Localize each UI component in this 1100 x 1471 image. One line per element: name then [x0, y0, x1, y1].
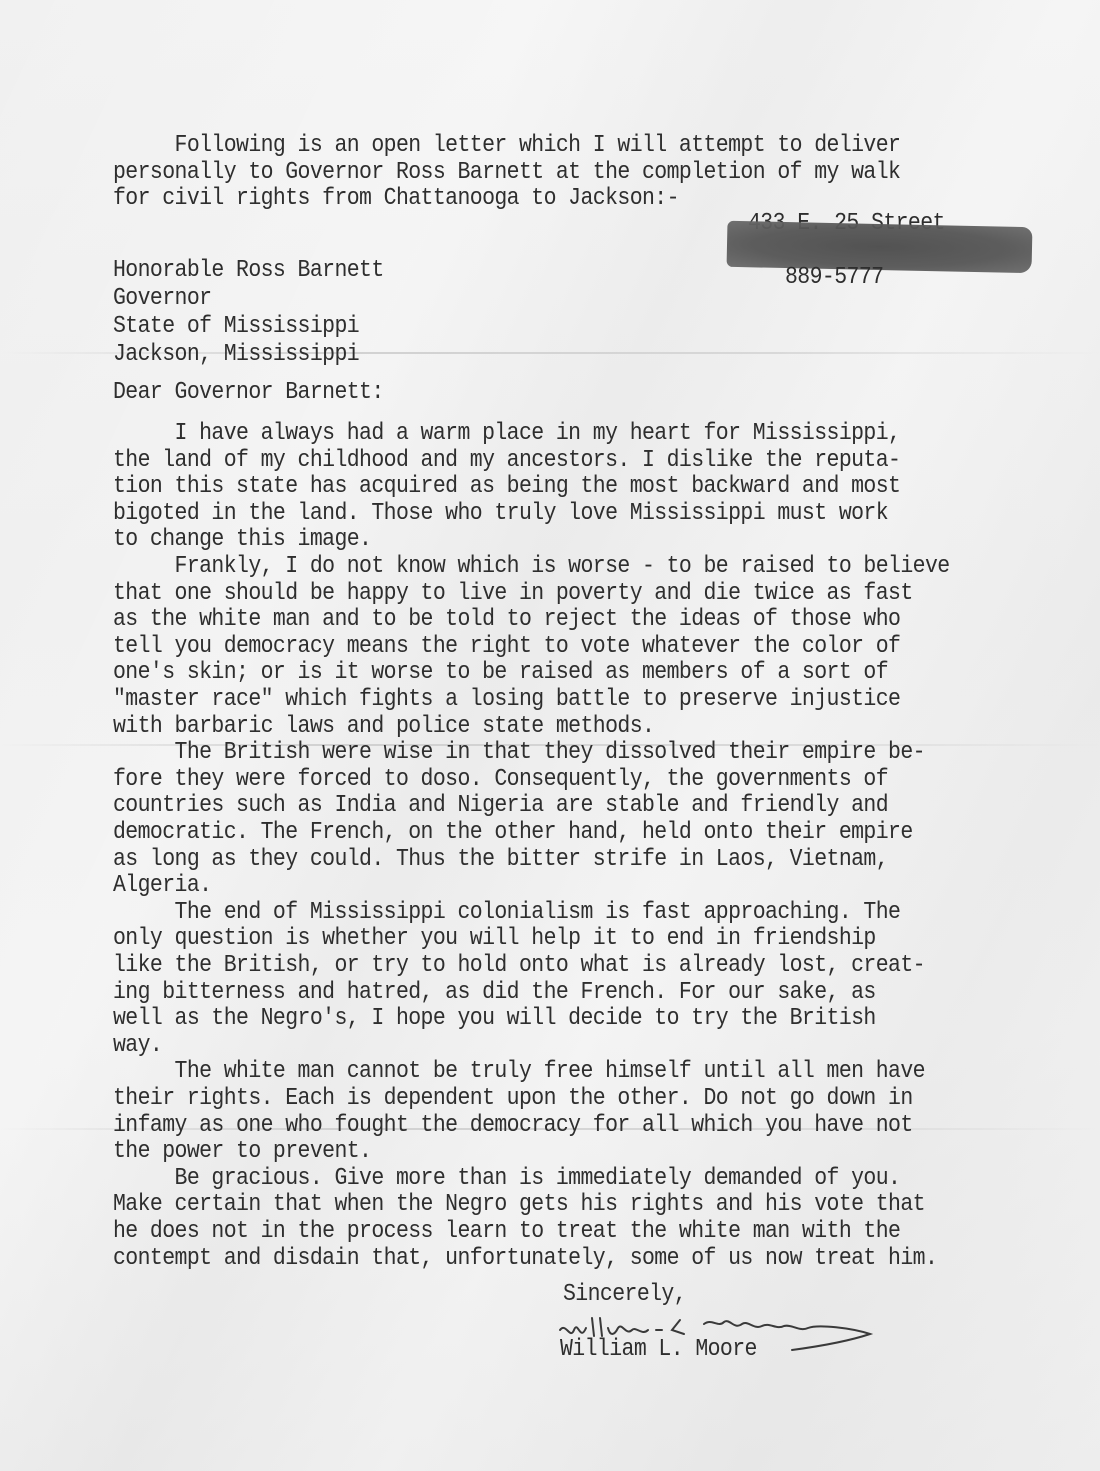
body-line: tell you democracy means the right to vo…	[113, 635, 900, 659]
body-line: with barbaric laws and police state meth…	[113, 715, 654, 739]
letter-page: Following is an open letter which I will…	[0, 0, 1100, 1471]
body-line: I have always had a warm place in my hea…	[113, 422, 900, 446]
recipient-line: State of Mississippi	[113, 315, 359, 339]
salutation: Dear Governor Barnett:	[113, 381, 384, 405]
body-line: Algeria.	[113, 874, 211, 898]
body-line: well as the Negro's, I hope you will dec…	[113, 1007, 876, 1031]
body-line: countries such as India and Nigeria are …	[113, 794, 888, 818]
body-line: The white man cannot be truly free himse…	[113, 1060, 925, 1084]
body-line: Make certain that when the Negro gets hi…	[113, 1193, 925, 1217]
body-line: only question is whether you will help i…	[113, 927, 876, 951]
recipient-line: Honorable Ross Barnett	[113, 259, 384, 283]
body-line: that one should be happy to live in pove…	[113, 582, 913, 606]
body-line: he does not in the process learn to trea…	[113, 1220, 900, 1244]
body-line: The British were wise in that they disso…	[113, 741, 925, 765]
body-line: ing bitterness and hatred, as did the Fr…	[113, 981, 876, 1005]
intro-line: personally to Governor Ross Barnett at t…	[113, 161, 900, 185]
body-line: democratic. The French, on the other han…	[113, 821, 913, 845]
intro-line: Following is an open letter which I will…	[113, 134, 900, 158]
body-line: as the white man and to be told to rejec…	[113, 608, 900, 632]
body-line: fore they were forced to doso. Consequen…	[113, 768, 888, 792]
body-line: "master race" which fights a losing batt…	[113, 688, 900, 712]
body-line: bigoted in the land. Those who truly lov…	[113, 502, 888, 526]
recipient-line: Jackson, Mississippi	[113, 343, 359, 367]
recipient-line: Governor	[113, 287, 211, 311]
signer-name: William L. Moore	[560, 1338, 757, 1362]
body-line: the land of my childhood and my ancestor…	[113, 449, 900, 473]
body-line: The end of Mississippi colonialism is fa…	[113, 901, 900, 925]
body-line: Be gracious. Give more than is immediate…	[113, 1167, 900, 1191]
body-line: tion this state has acquired as being th…	[113, 475, 900, 499]
body-line: Frankly, I do not know which is worse - …	[113, 555, 950, 579]
sender-phone: 889-5777	[785, 266, 883, 290]
intro-line: for civil rights from Chattanooga to Jac…	[113, 187, 679, 211]
body-line: infamy as one who fought the democracy f…	[113, 1114, 913, 1138]
body-line: way.	[113, 1034, 162, 1058]
body-line: contempt and disdain that, unfortunately…	[113, 1247, 937, 1271]
body-line: as long as they could. Thus the bitter s…	[113, 848, 888, 872]
body-line: their rights. Each is dependent upon the…	[113, 1087, 913, 1111]
body-line: like the British, or try to hold onto wh…	[113, 954, 925, 978]
body-line: one's skin; or is it worse to be raised …	[113, 661, 888, 685]
body-line: to change this image.	[113, 528, 371, 552]
body-line: the power to prevent.	[113, 1140, 371, 1164]
